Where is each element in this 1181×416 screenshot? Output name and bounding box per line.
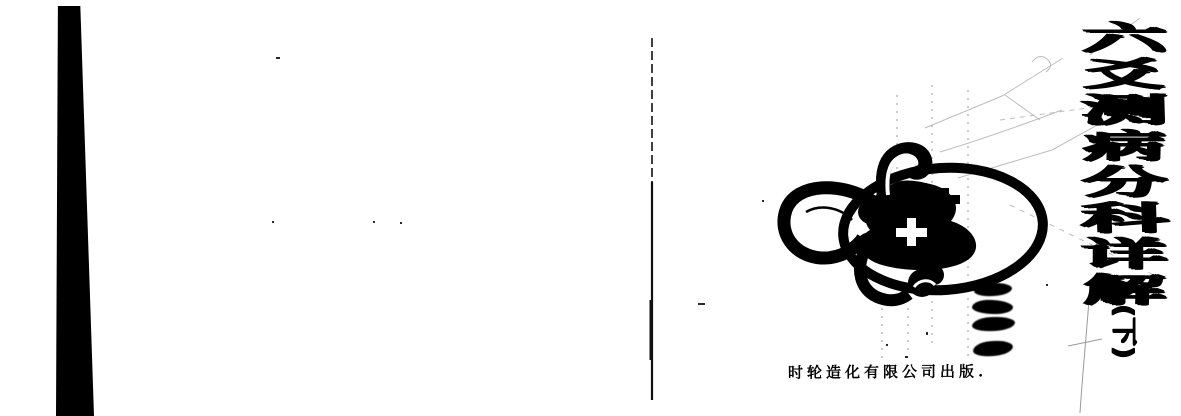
ink-blob [974, 282, 1013, 297]
ink-blob [972, 316, 1016, 332]
title-char: 分 [981, 164, 1181, 200]
author-ink-marks [972, 283, 1018, 356]
title-char: 六 [981, 20, 1181, 56]
book-title: 六 爻 测 病 分 科 详 解 (下) [1068, 20, 1180, 348]
ink-blob [972, 339, 1013, 357]
ink-blob [972, 299, 1013, 314]
publisher-line: 时轮造化有限公司出版. [788, 360, 1018, 383]
title-char: 科 [978, 199, 1181, 236]
scanned-page: 六 爻 测 病 分 科 详 解 (下) 时轮造化有限公司出版. [0, 0, 1181, 416]
volume-label: (下) [1107, 267, 1141, 396]
title-char: 病 [986, 127, 1181, 164]
title-char: 爻 [986, 55, 1181, 92]
title-char: 测 [978, 91, 1181, 128]
title-char: 详 [981, 236, 1181, 272]
